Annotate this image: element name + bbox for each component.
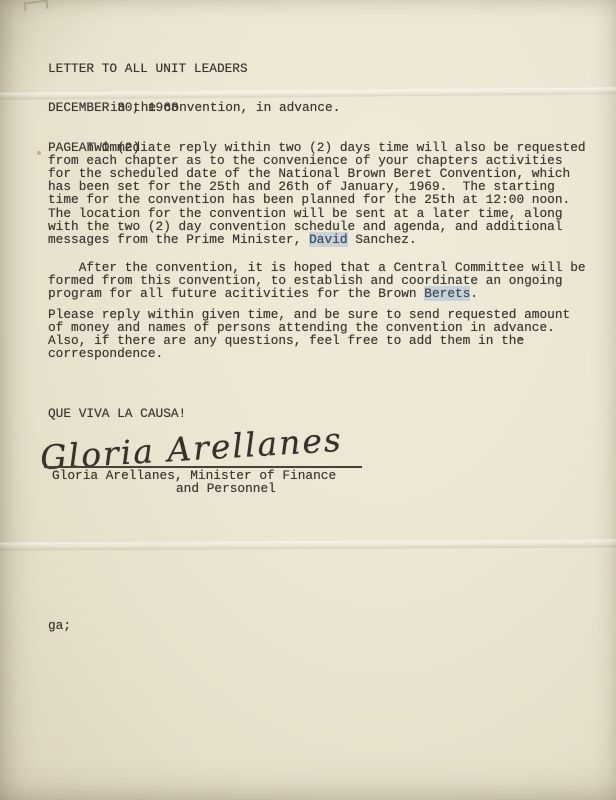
paragraph-text: Sanchez. <box>348 232 417 247</box>
typist-initials: ga; <box>48 619 71 632</box>
paragraph-text: An immediate reply within two (2) days t… <box>48 140 586 247</box>
highlighted-word-david: David <box>309 232 347 247</box>
paragraph-central-committee: After the convention, it is hoped that a… <box>48 248 588 313</box>
signer-title-continued: and Personnel <box>176 482 276 495</box>
staple-mark <box>24 0 49 11</box>
highlighted-word-berets: Berets <box>424 286 470 301</box>
scanned-letter-page: LETTER TO ALL UNIT LEADERS DECEMBER 30, … <box>0 0 616 800</box>
paragraph-reply-request: Please reply within given time, and be s… <box>48 308 588 360</box>
header-subject-line: LETTER TO ALL UNIT LEADERS <box>48 62 248 75</box>
paragraph-text: . <box>470 286 478 301</box>
slogan-line: QUE VIVA LA CAUSA! <box>48 407 186 420</box>
paragraph-convention-details: An immediate reply within two (2) days t… <box>48 128 588 259</box>
paragraph-text: After the convention, it is hoped that a… <box>48 260 586 301</box>
fold-crease-middle <box>0 539 616 550</box>
carryover-line: in the convention, in advance. <box>110 101 340 114</box>
paper-speck <box>37 151 41 155</box>
